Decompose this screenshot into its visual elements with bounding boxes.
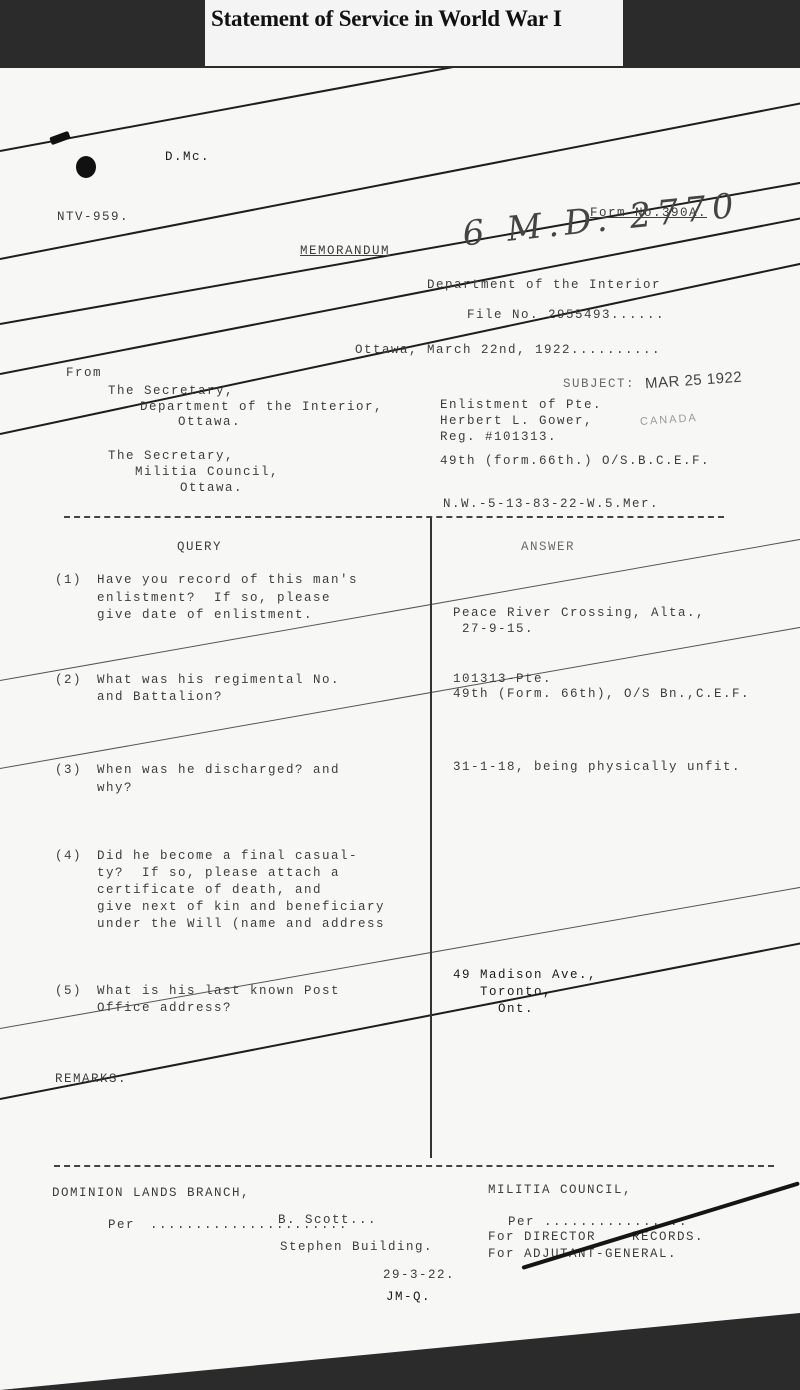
ink-blot xyxy=(76,156,96,178)
land-description: N.W.-5-13-83-22-W.5.Mer. xyxy=(443,497,659,511)
page-title: Statement of Service in World War I xyxy=(211,6,611,32)
answer-header: ANSWER xyxy=(521,540,575,554)
subject-label: SUBJECT: xyxy=(563,377,635,391)
title-card: Statement of Service in World War I xyxy=(205,0,623,66)
scan-streak xyxy=(0,102,800,260)
from-label: From xyxy=(66,366,102,380)
place-date: Ottawa, March 22nd, 1922.......... xyxy=(355,343,661,357)
initials: D.Mc. xyxy=(165,150,210,164)
remarks-label: REMARKS. xyxy=(55,1072,127,1086)
query-header: QUERY xyxy=(177,540,222,554)
ink-blot xyxy=(49,131,71,145)
footer-divider xyxy=(54,1165,774,1167)
column-divider xyxy=(430,518,432,1158)
section-divider xyxy=(64,516,724,518)
memorandum-heading: MEMORANDUM xyxy=(300,244,390,258)
reference-number: NTV-959. xyxy=(57,210,129,224)
file-number: File No. 2955493...... xyxy=(467,308,665,322)
department-name: Department of the Interior xyxy=(427,278,661,292)
